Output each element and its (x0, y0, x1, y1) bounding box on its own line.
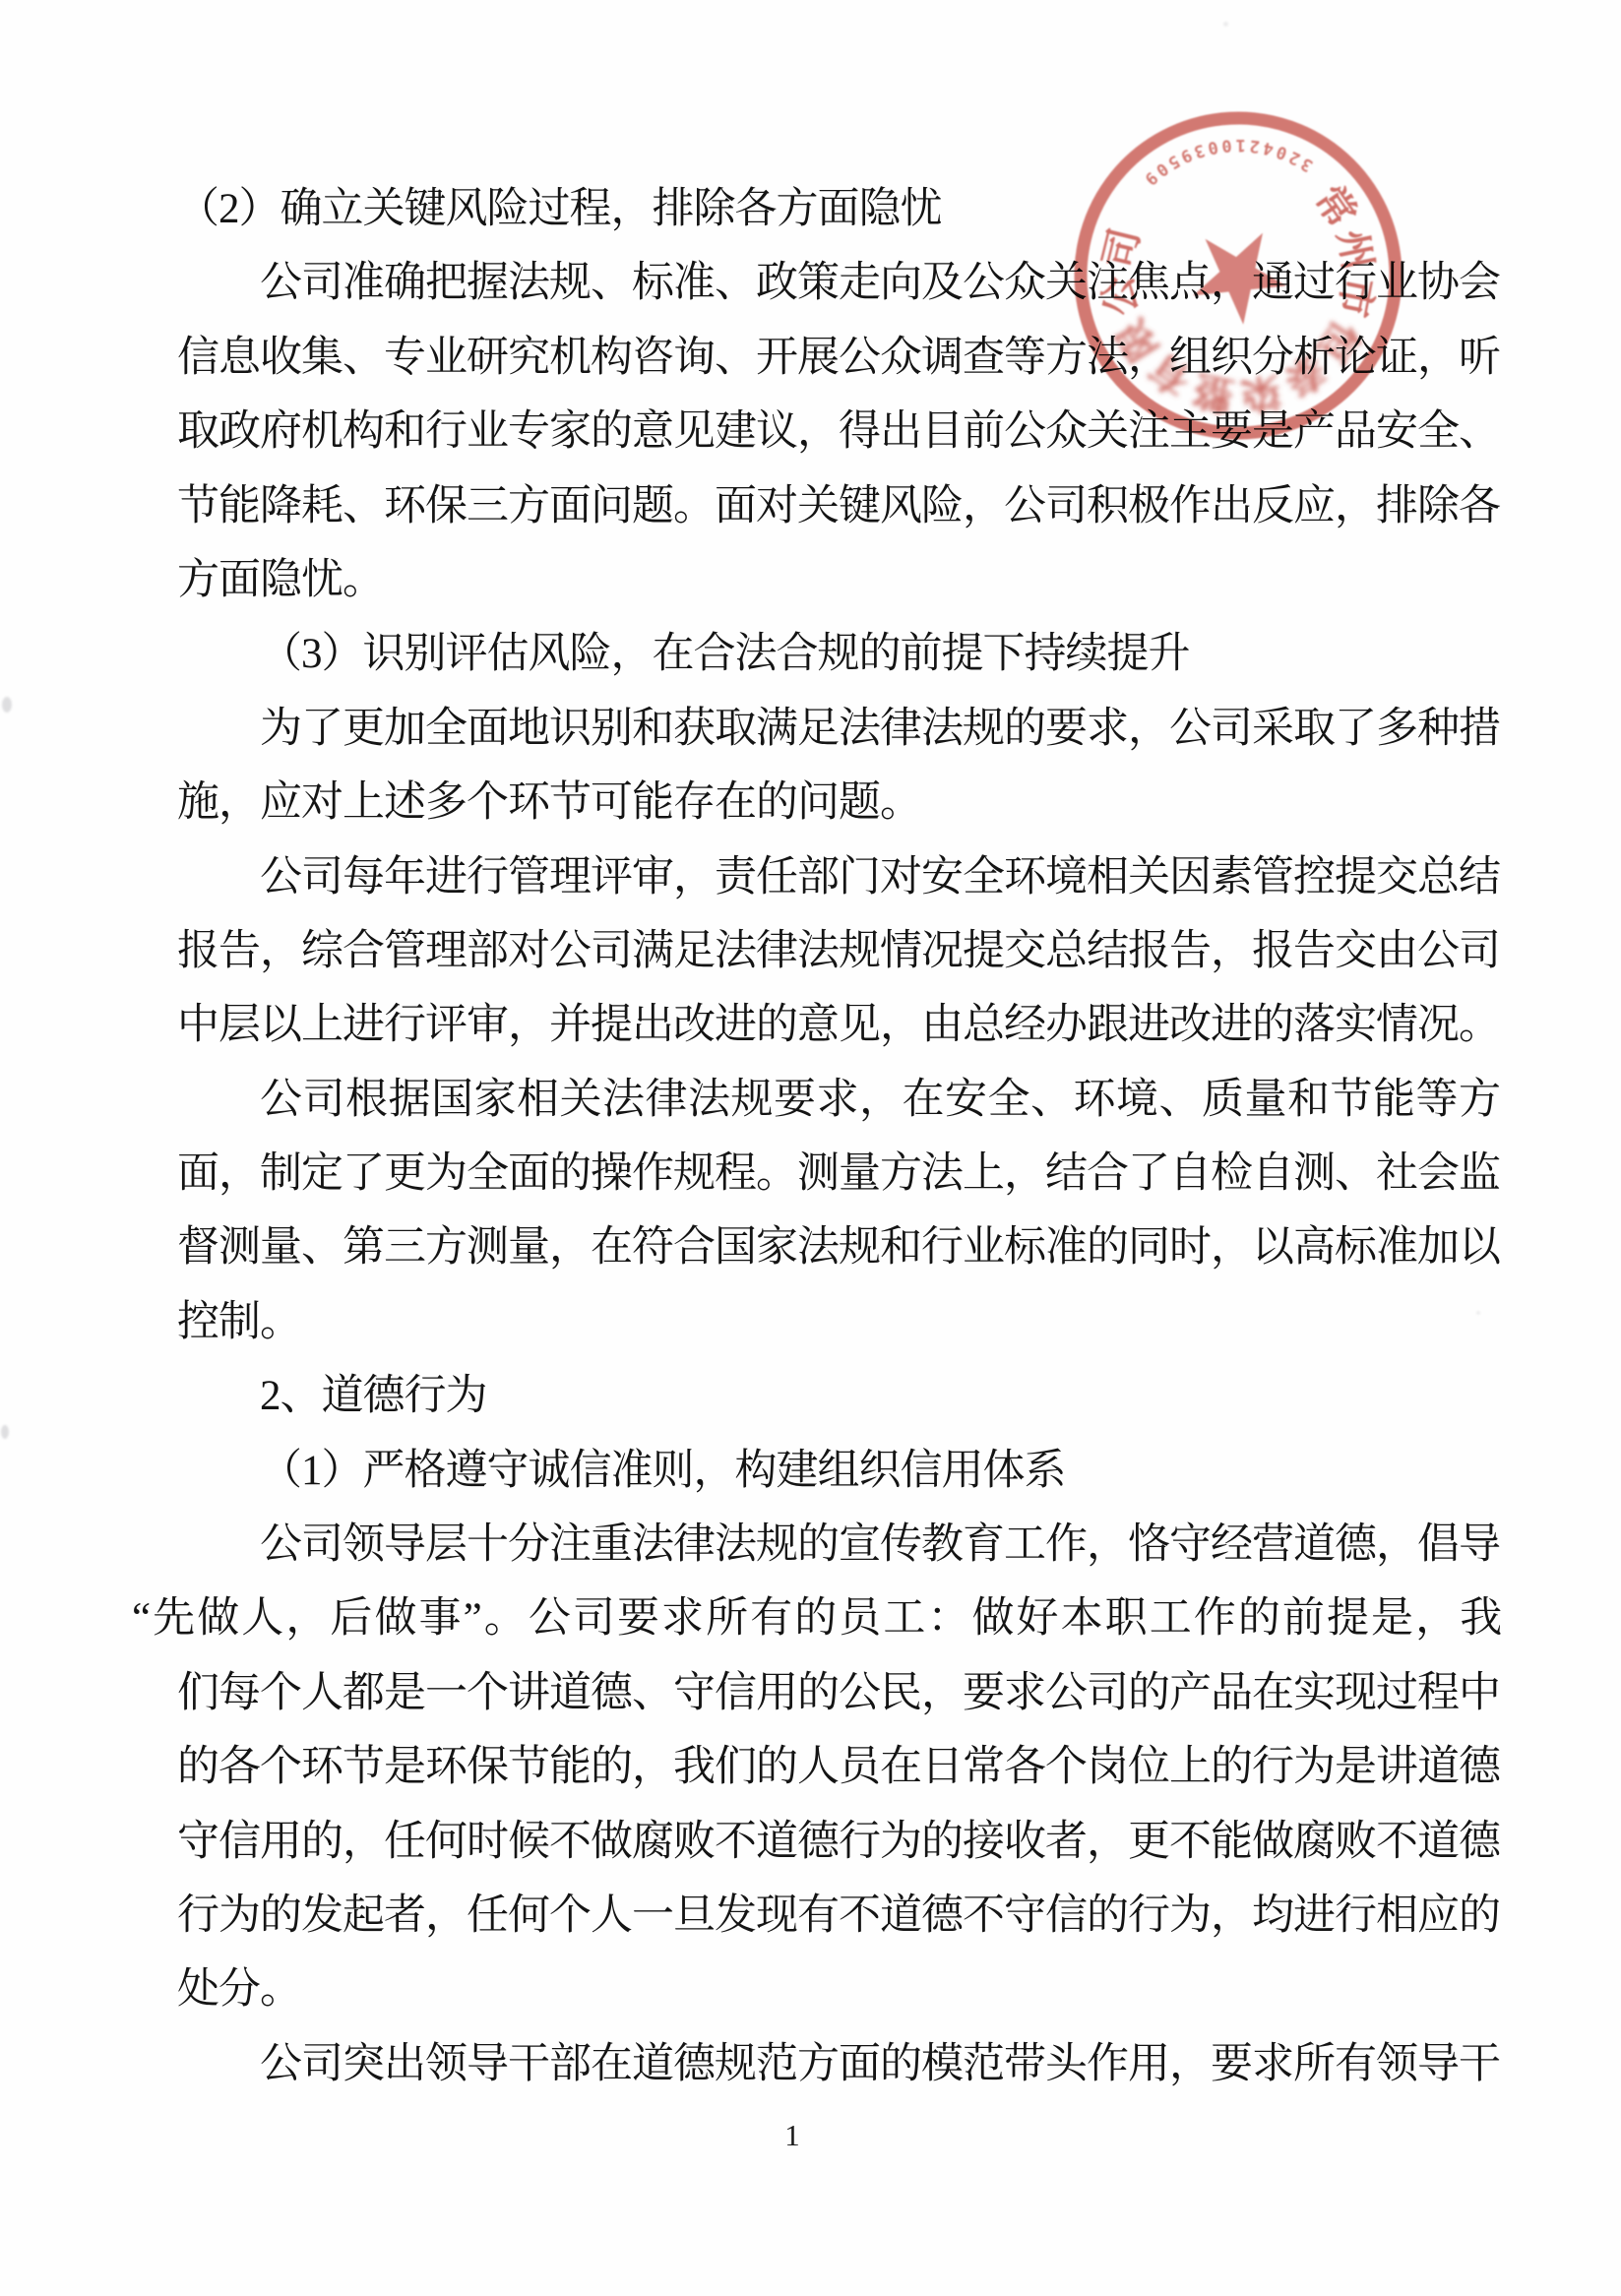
text-line: 公司领导层十分注重法律法规的宣传教育工作，恪守经营道德，倡导 (177, 1508, 1500, 1582)
text-line: 公司突出领导干部在道德规范方面的模范带头作用，要求所有领导干 (177, 2027, 1500, 2101)
text-line: 处分。 (177, 1953, 1500, 2026)
text-line: 公司根据国家相关法律法规要求，在安全、环境、质量和节能等方 (177, 1063, 1500, 1137)
text-line: 督测量、第三方测量，在符合国家法规和行业标准的同时，以高标准加以 (177, 1210, 1500, 1284)
company-seal-stamp: 常州市恒泰染整有限公司 常州市恒泰染整有限公司 3204210039509 (1067, 104, 1409, 447)
text-line: 中层以上进行评审，并提出改进的意见，由总经办跟进改进的落实情况。 (177, 988, 1500, 1062)
page-number: 1 (177, 2118, 1407, 2153)
scan-speckle (1223, 22, 1228, 27)
scan-speckle (1476, 1311, 1480, 1315)
text-line: 们每个人都是一个讲道德、守信用的公民，要求公司的产品在实现过程中 (177, 1656, 1500, 1730)
text-line: 施，应对上述多个环节可能存在的问题。 (177, 766, 1500, 839)
scan-smudge (1, 1425, 9, 1439)
text-line: 2、道德行为 (177, 1359, 1500, 1433)
text-line: 面，制定了更为全面的操作规程。测量方法上，结合了自检自测、社会监 (177, 1137, 1500, 1210)
text-line: 守信用的，任何时候不做腐败不道德行为的接收者，更不能做腐败不道德 (177, 1805, 1500, 1879)
text-line: 行为的发起者，任何个人一旦发现有不道德不守信的行为，均进行相应的 (177, 1879, 1500, 1953)
text-line: 方面隐忧。 (177, 543, 1500, 617)
scan-smudge (2, 697, 12, 713)
text-line: （3）识别评估风险，在合法合规的前提下持续提升 (177, 617, 1500, 691)
text-line: 节能降耗、环保三方面问题。面对关键风险，公司积极作出反应，排除各 (177, 469, 1500, 543)
text-line: 报告，综合管理部对公司满足法律法规情况提交总结报告，报告交由公司 (177, 914, 1500, 988)
text-line: 公司每年进行管理评审，责任部门对安全环境相关因素管控提交总结 (177, 840, 1500, 914)
text-line: 的各个环节是环保节能的，我们的人员在日常各个岗位上的行为是讲道德 (177, 1730, 1500, 1804)
text-line: 控制。 (177, 1285, 1500, 1359)
document-text-block: （2）确立关键风险过程，排除各方面隐忧 公司准确把握法规、标准、政策走向及公众关… (177, 172, 1500, 2101)
text-line: （1）严格遵守诚信准则，构建组织信用体系 (177, 1434, 1500, 1508)
company-seal-graphic: 常州市恒泰染整有限公司 常州市恒泰染整有限公司 3204210039509 (1067, 104, 1409, 447)
text-line: 为了更加全面地识别和获取满足法律法规的要求，公司采取了多种措 (177, 692, 1500, 766)
seal-star-icon (1187, 231, 1289, 330)
text-line: “先做人，后做事”。公司要求所有的员工：做好本职工作的前提是，我 (177, 1582, 1500, 1655)
